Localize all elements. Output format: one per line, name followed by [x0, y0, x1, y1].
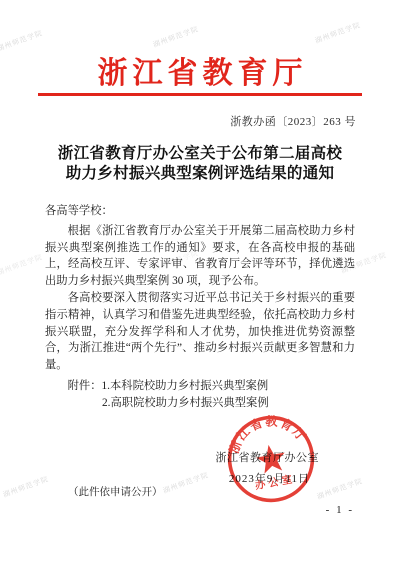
- watermark: 湖州师范学院: [0, 252, 44, 278]
- agency-header: 浙江省教育厅: [0, 48, 400, 92]
- body-paragraph-1: 根据《浙江省教育厅办公室关于开展第二届高校助力乡村振兴典型案例推选工作的通知》要…: [45, 223, 355, 290]
- watermark: 湖州师范学院: [316, 476, 365, 502]
- signature-date: 2023年9月11日: [229, 470, 310, 486]
- notice-title: 浙江省教育厅办公室关于公布第二届高校 助力乡村振兴典型案例评选结果的通知: [20, 144, 380, 184]
- attachment-line-2: 2.高职院校助力乡村振兴典型案例: [45, 395, 355, 412]
- notice-title-line-2: 助力乡村振兴典型案例评选结果的通知: [20, 164, 380, 184]
- salutation: 各高等学校：: [45, 203, 355, 220]
- disclosure-note: （此件依申请公开）: [68, 484, 163, 499]
- red-header-rule: [38, 93, 362, 96]
- attachment-label: 附件：: [68, 380, 102, 392]
- page-number: - 1 -: [326, 504, 354, 516]
- attachments-block: 附件：1.本科院校助力乡村振兴典型案例 2.高职院校助力乡村振兴典型案例: [45, 378, 355, 412]
- signature-name: 浙江省教育厅办公室: [216, 449, 320, 465]
- attachment-item-1: 1.本科院校助力乡村振兴典型案例: [102, 380, 269, 392]
- notice-body: 各高等学校： 根据《浙江省教育厅办公室关于开展第二届高校助力乡村振兴典型案例推选…: [45, 203, 355, 412]
- document-page: 湖州师范学院 湖州师范学院 湖州师范学院 湖州师范学院 湖州师范学院 湖州师范学…: [0, 0, 400, 567]
- notice-title-line-1: 浙江省教育厅办公室关于公布第二届高校: [20, 144, 380, 164]
- watermark: 湖州师范学院: [152, 24, 201, 50]
- attachment-item-2: 2.高职院校助力乡村振兴典型案例: [102, 397, 269, 409]
- document-number: 浙教办函〔2023〕263 号: [230, 113, 356, 129]
- body-paragraph-2: 各高校要深入贯彻落实习近平总书记关于乡村振兴的重要指示精神，认真学习和借鉴先进典…: [45, 290, 355, 374]
- watermark: 湖州师范学院: [2, 474, 51, 500]
- attachment-line-1: 附件：1.本科院校助力乡村振兴典型案例: [45, 378, 355, 395]
- watermark: 湖州师范学院: [162, 470, 211, 496]
- watermark: 湖州师范学院: [314, 20, 363, 46]
